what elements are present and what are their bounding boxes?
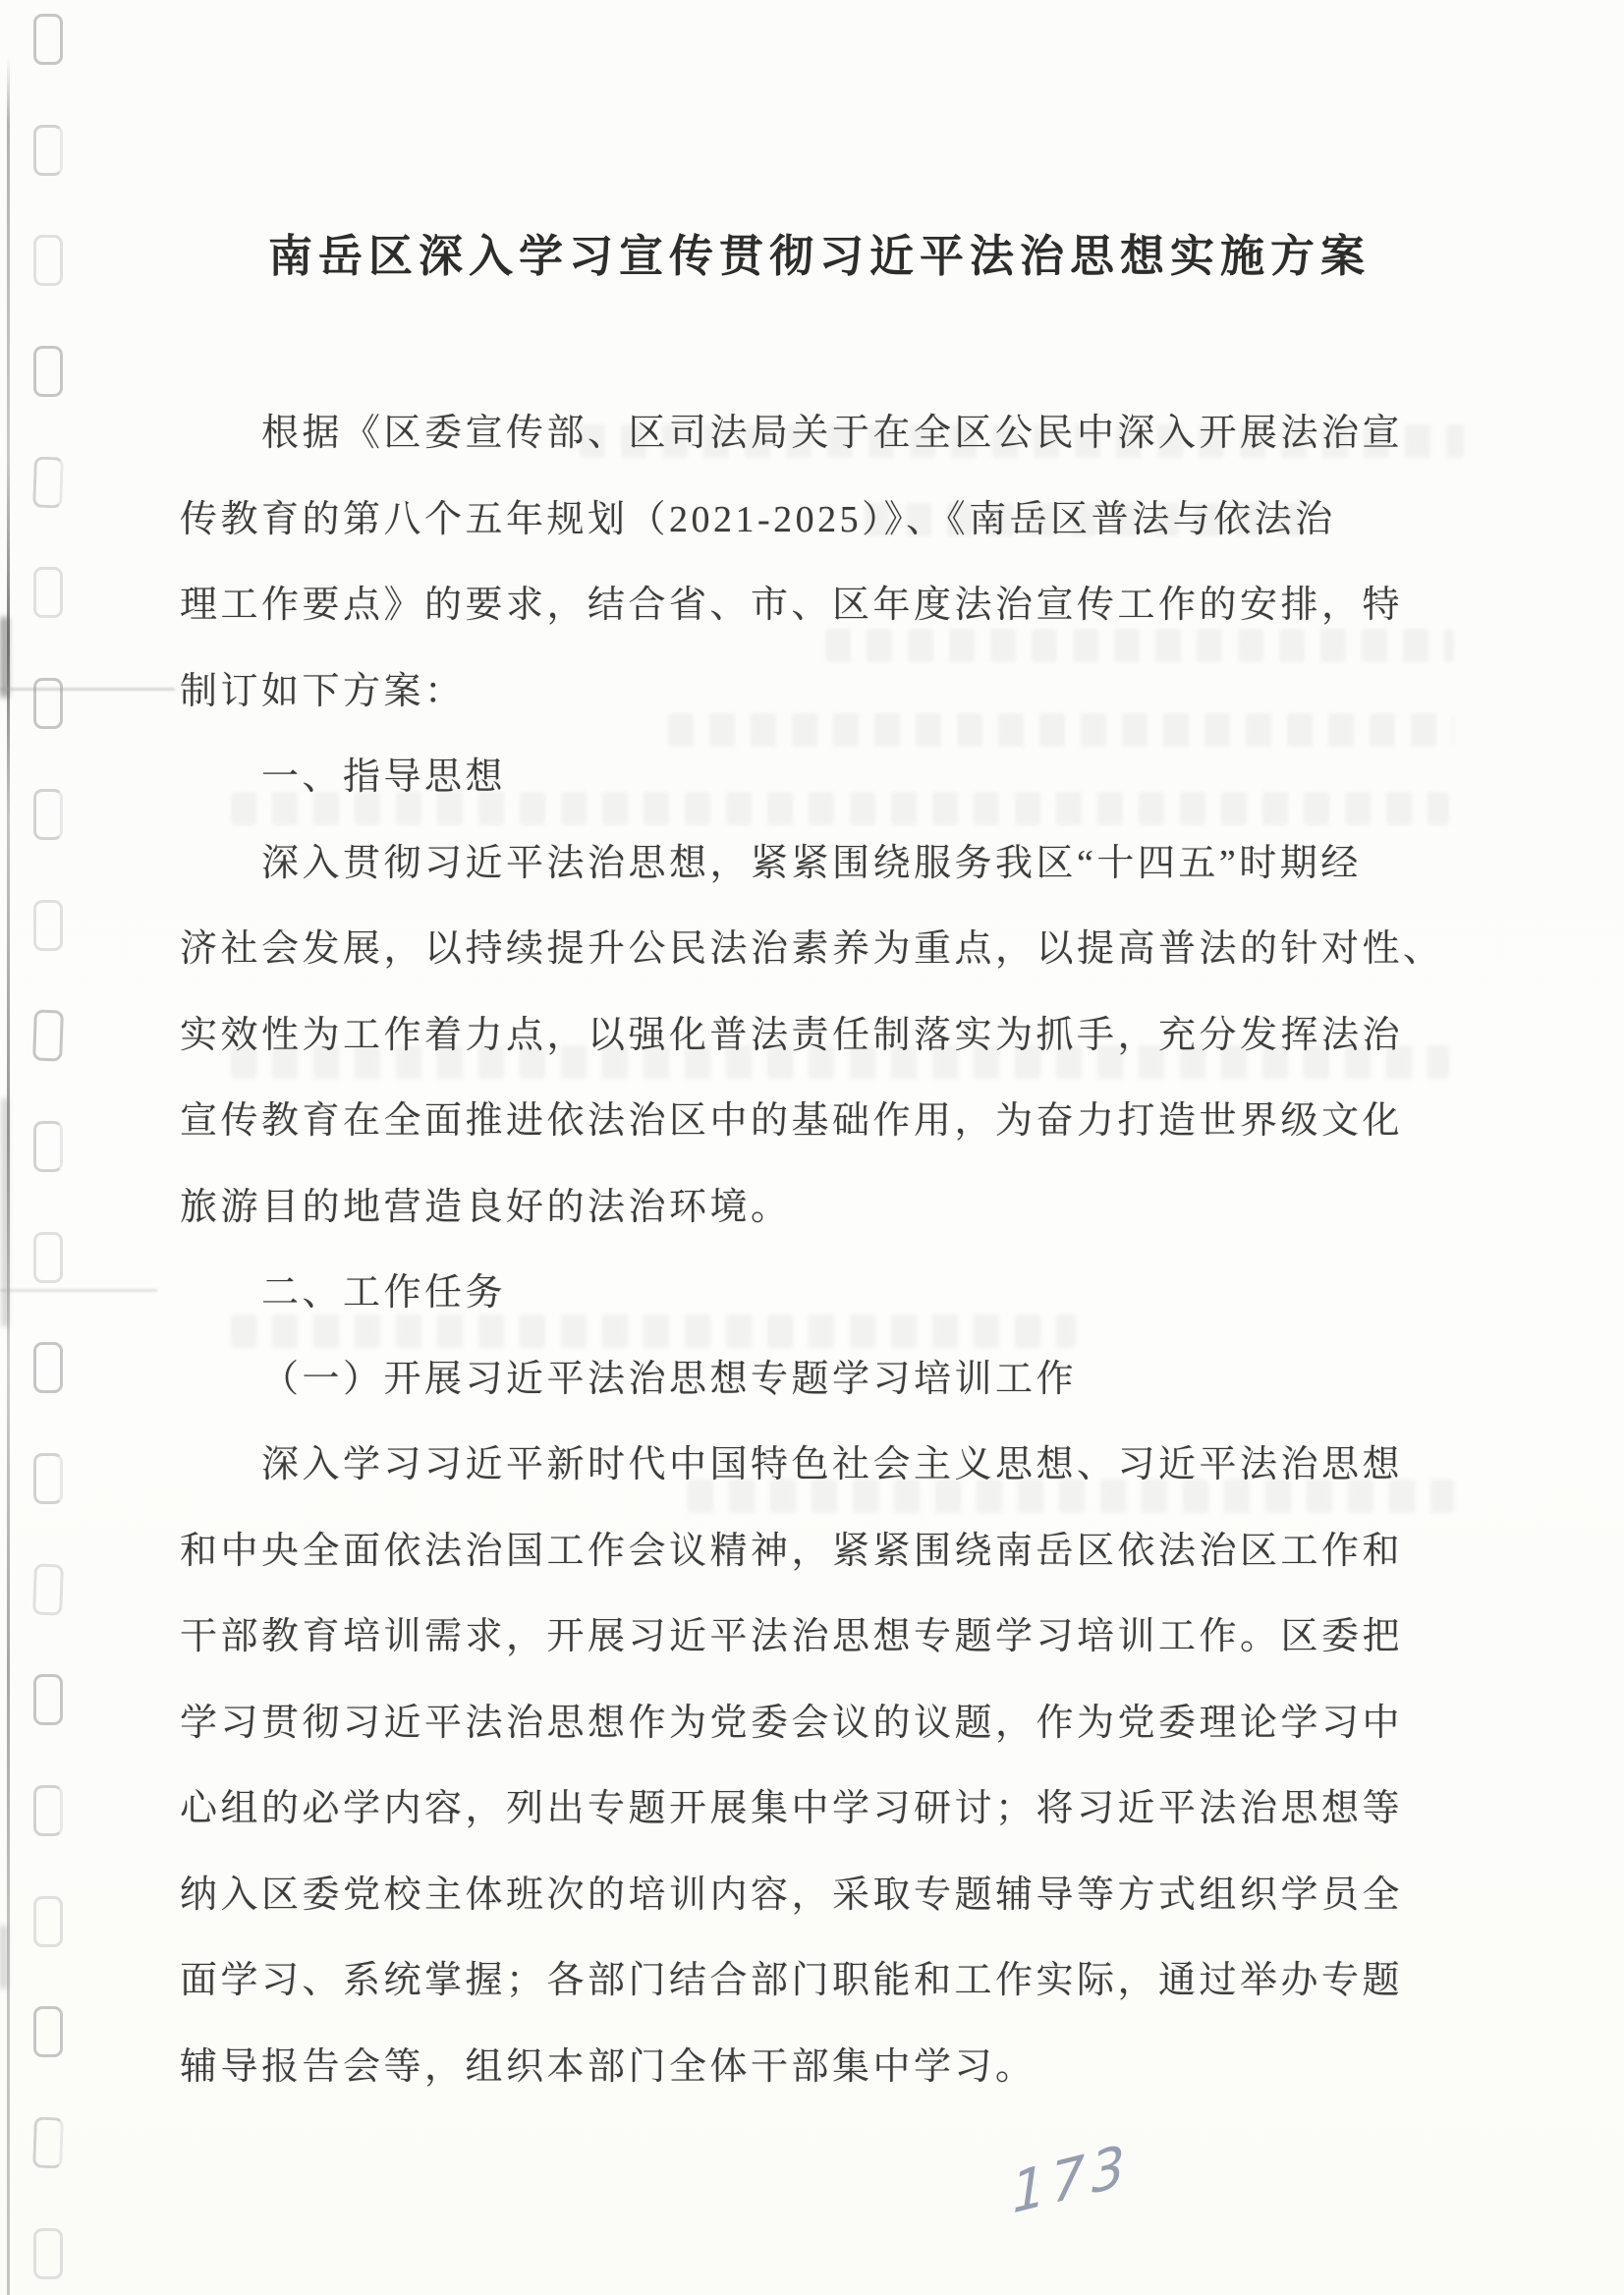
- document-title: 南岳区深入学习宣传贯彻习近平法治思想实施方案: [180, 222, 1459, 291]
- document-body: 根据《区委宣传部、区司法局关于在全区公民中深入开展法治宣 传教育的第八个五年规划…: [180, 391, 1459, 2110]
- binder-hole: [33, 789, 63, 840]
- text-line: 宣传教育在全面推进依法治区中的基础作用，为奋力打造世界级文化: [180, 1079, 1459, 1165]
- binder-hole: [32, 456, 64, 508]
- text-line: 制订如下方案：: [180, 649, 1459, 736]
- scanned-document-page: 南岳区深入学习宣传贯彻习近平法治思想实施方案 根据《区委宣传部、区司法局关于在全…: [0, 0, 1624, 2295]
- section-heading: 一、指导思想: [180, 735, 1459, 821]
- text-line: 干部教育培训需求，开展习近平法治思想专题学习培训工作。区委把: [180, 1595, 1459, 1681]
- scan-smudge: [2, 1098, 8, 1326]
- text-line: 纳入区委党校主体班次的培训内容，采取专题辅导等方式组织学员全: [180, 1853, 1459, 1939]
- scan-smudge: [0, 1926, 7, 1988]
- binder-hole: [33, 1674, 63, 1725]
- text-line: 心组的必学内容，列出专题开展集中学习研讨；将习近平法治思想等: [180, 1766, 1459, 1853]
- text-line: 深入学习习近平新时代中国特色社会主义思想、习近平法治思想: [180, 1423, 1459, 1509]
- binder-hole: [33, 1785, 63, 1836]
- binder-hole: [33, 14, 63, 65]
- binder-hole: [33, 1453, 63, 1504]
- scan-smudge: [0, 617, 9, 698]
- binder-hole: [33, 346, 63, 397]
- text-line: 济社会发展，以持续提升公民法治素养为重点，以提高普法的针对性、: [180, 907, 1459, 993]
- binder-hole: [32, 1010, 64, 1062]
- text-line: 根据《区委宣传部、区司法局关于在全区公民中深入开展法治宣: [180, 391, 1459, 477]
- text-line: 实效性为工作着力点，以强化普法责任制落实为抓手，充分发挥法治: [180, 993, 1459, 1080]
- binder-hole: [33, 678, 63, 729]
- binder-hole: [33, 2228, 63, 2279]
- binder-hole: [33, 1121, 63, 1172]
- binder-holes: [33, 14, 63, 2279]
- binder-hole: [33, 125, 63, 176]
- text-line: 传教育的第八个五年规划（2021-2025）》、《南岳区普法与依法治: [180, 477, 1459, 564]
- section-heading: 二、工作任务: [180, 1251, 1459, 1337]
- text-line: 旅游目的地营造良好的法治环境。: [180, 1165, 1459, 1252]
- subsection-heading: （一）开展习近平法治思想专题学习培训工作: [180, 1337, 1459, 1424]
- handwritten-page-number: 173: [1011, 2132, 1133, 2227]
- text-line: 和中央全面依法治国工作会议精神，紧紧围绕南岳区依法治区工作和: [180, 1509, 1459, 1595]
- binder-hole: [32, 1563, 64, 1615]
- binder-hole: [33, 1342, 63, 1393]
- binder-hole: [32, 2117, 64, 2169]
- text-line: 理工作要点》的要求，结合省、市、区年度法治宣传工作的安排，特: [180, 563, 1459, 649]
- binder-hole: [33, 1232, 63, 1283]
- binder-hole: [33, 900, 63, 951]
- scan-streak: [0, 688, 175, 691]
- text-line: 辅导报告会等，组织本部门全体干部集中学习。: [180, 2025, 1459, 2111]
- binder-hole: [33, 2006, 63, 2057]
- scan-streak: [0, 1289, 157, 1292]
- text-line: 深入贯彻习近平法治思想，紧紧围绕服务我区“十四五”时期经: [180, 821, 1459, 908]
- text-line: 面学习、系统掌握；各部门结合部门职能和工作实际，通过举办专题: [180, 1938, 1459, 2025]
- binder-hole: [33, 567, 63, 618]
- binder-hole: [33, 235, 63, 286]
- binder-hole: [33, 1896, 63, 1947]
- text-line: 学习贯彻习近平法治思想作为党委会议的议题，作为党委理论学习中: [180, 1681, 1459, 1767]
